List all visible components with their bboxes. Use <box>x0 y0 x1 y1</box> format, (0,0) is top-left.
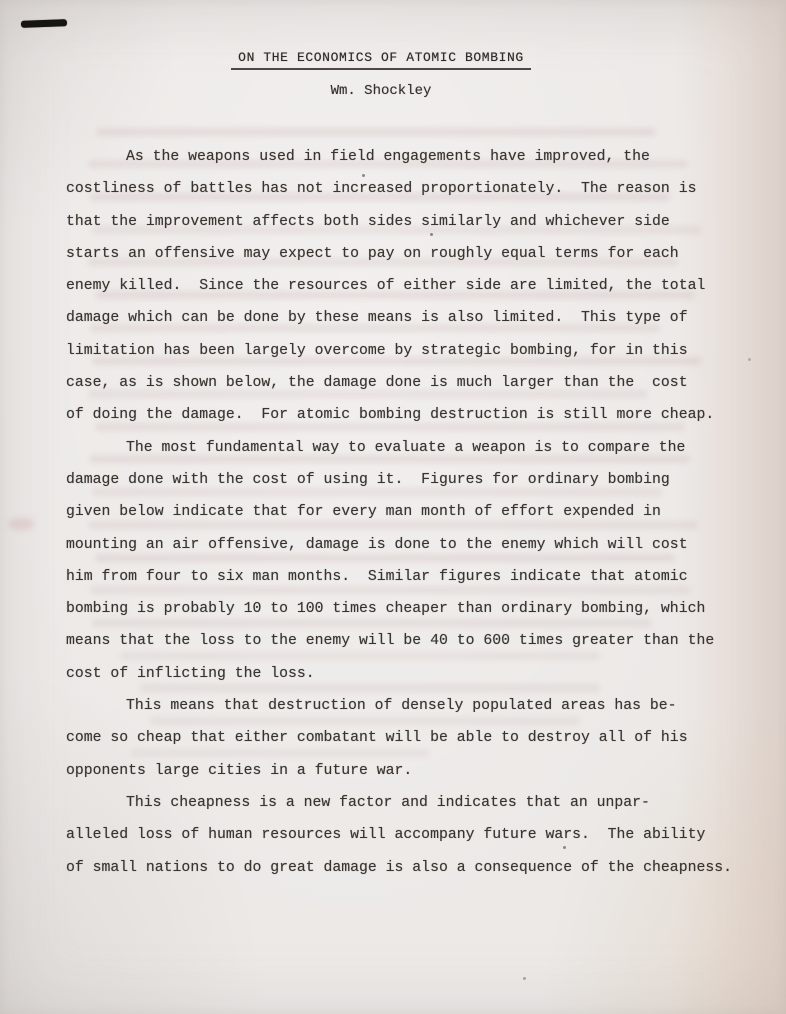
body-line: costliness of battles has not increased … <box>66 173 756 205</box>
body-line: of doing the damage. For atomic bombing … <box>66 399 756 431</box>
scanned-document-page: ON THE ECONOMICS OF ATOMIC BOMBING Wm. S… <box>0 0 786 1014</box>
paper-speck <box>362 174 365 177</box>
body-line: starts an offensive may expect to pay on… <box>66 238 756 270</box>
body-line: that the improvement affects both sides … <box>66 206 756 238</box>
body-line: opponents large cities in a future war. <box>66 755 756 787</box>
binding-mark <box>21 19 67 28</box>
document-header: ON THE ECONOMICS OF ATOMIC BOMBING <box>0 48 786 70</box>
page-title: ON THE ECONOMICS OF ATOMIC BOMBING <box>231 50 531 70</box>
ink-smudge <box>8 518 34 530</box>
body-line: damage which can be done by these means … <box>66 302 756 334</box>
body-line: enemy killed. Since the resources of eit… <box>66 270 756 302</box>
author-block: Wm. Shockley <box>0 81 786 99</box>
body-line: alleled loss of human resources will acc… <box>66 819 756 851</box>
paper-speck <box>748 358 751 361</box>
document-body: As the weapons used in field engagements… <box>66 141 756 884</box>
paper-speck <box>563 846 566 849</box>
body-line: cost of inflicting the loss. <box>66 658 756 690</box>
body-line: him from four to six man months. Similar… <box>66 561 756 593</box>
body-line: mounting an air offensive, damage is don… <box>66 529 756 561</box>
body-line: of small nations to do great damage is a… <box>66 852 756 884</box>
body-line: limitation has been largely overcome by … <box>66 335 756 367</box>
body-line: This cheapness is a new factor and indic… <box>66 787 756 819</box>
body-line: means that the loss to the enemy will be… <box>66 625 756 657</box>
paper-speck <box>523 977 526 980</box>
body-line: case, as is shown below, the damage done… <box>66 367 756 399</box>
body-line: The most fundamental way to evaluate a w… <box>66 432 756 464</box>
author-name: Wm. Shockley <box>331 83 432 99</box>
body-line: This means that destruction of densely p… <box>66 690 756 722</box>
body-line: damage done with the cost of using it. F… <box>66 464 756 496</box>
body-line: given below indicate that for every man … <box>66 496 756 528</box>
body-line: come so cheap that either combatant will… <box>66 722 756 754</box>
bleedthrough-line <box>96 128 656 136</box>
body-line: bombing is probably 10 to 100 times chea… <box>66 593 756 625</box>
paper-speck <box>430 233 433 236</box>
body-line: As the weapons used in field engagements… <box>66 141 756 173</box>
